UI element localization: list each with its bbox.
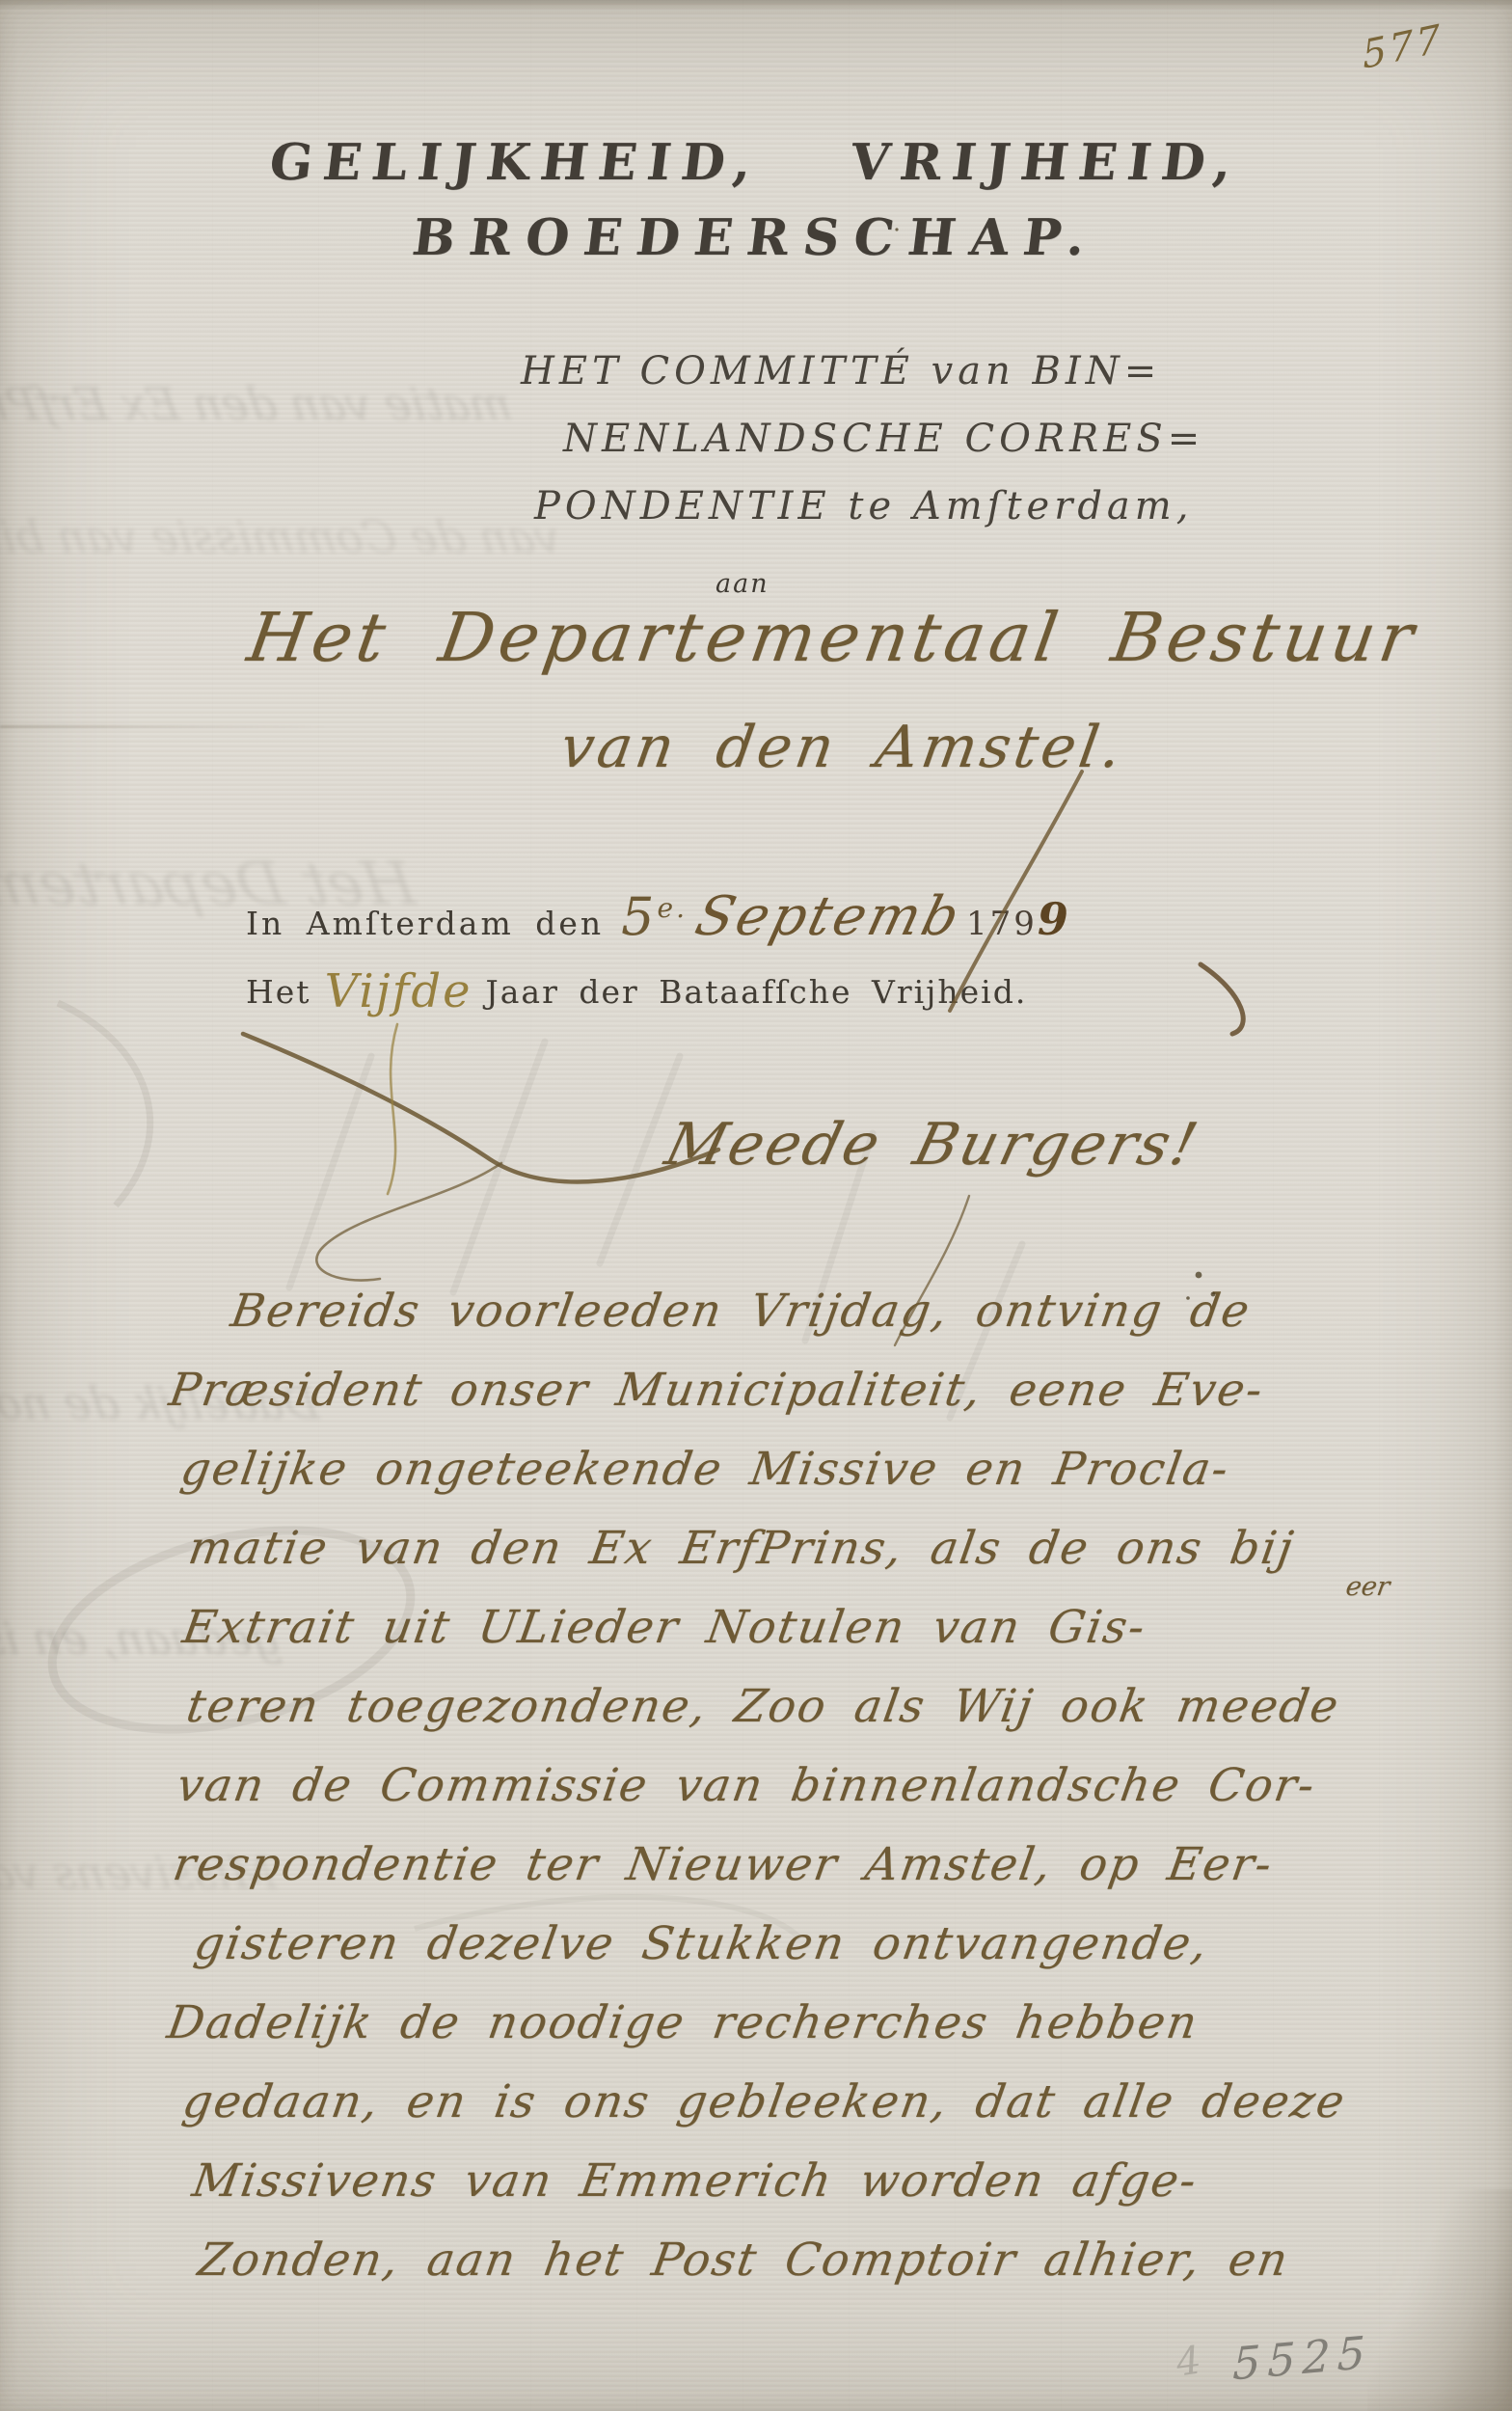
body-line: matie van den Ex ErfPrins, als de ons bi…	[160, 1522, 1512, 1601]
paper-crease	[0, 725, 328, 728]
body-line: Zonden, aan het Post Comptoir alhier, en	[160, 2234, 1512, 2313]
paraph-flourish	[243, 1034, 718, 1181]
motto-word-gelijkheid: GELIJKHEID,	[266, 133, 766, 192]
scan-edge-shadow	[0, 0, 1512, 10]
salutation: Meede Burgers!	[659, 1111, 1206, 1178]
dateline-year-written: 9	[1038, 893, 1071, 945]
letterhead-committee: HET COMMITTÉ van BIN= NENLANDSCHE CORRES…	[521, 338, 1204, 540]
era-line: HetVijfdeJaar der Bataafſche Vrijheid.	[246, 961, 1027, 1015]
year-flourish	[1201, 964, 1243, 1034]
registry-number: 5525	[1232, 2326, 1372, 2391]
interlinear-insertion: eer	[1344, 1572, 1392, 1602]
dateline-month: Septemb	[689, 885, 968, 948]
vijfde-descender	[388, 1024, 397, 1194]
body-line: Dadelijk de noodige recherches hebben	[160, 1996, 1512, 2075]
address-line-1: Het Departementaal Bestuur	[243, 598, 1424, 677]
dateline-place: In Amſterdam den	[246, 905, 604, 942]
letterhead-motto: GELIJKHEID, VRIJHEID,	[0, 133, 1512, 192]
body-line: Bereids voorleeden Vrijdag, ontving de	[160, 1285, 1512, 1364]
body-line: Missivens van Emmerich worden afge-	[160, 2154, 1512, 2234]
body-line: respondentie ter Nieuwer Amstel, op Eer-	[160, 1838, 1512, 1917]
body-line: van de Commissie van binnenlandsche Cor-	[160, 1759, 1512, 1838]
bleedthrough-text: matie van den Ex ErfPrins, als de ons bi…	[0, 378, 515, 430]
dateline-year-printed: 179	[966, 905, 1038, 943]
committee-line: NENLANDSCHE CORRES=	[563, 405, 1204, 473]
committee-line: HET COMMITTÉ van BIN=	[521, 338, 1204, 405]
motto-word-vrijheid: VRIJHEID,	[847, 133, 1245, 192]
body-line: gelijke ongeteekende Missive en Procla-	[160, 1443, 1512, 1522]
letter-body: Bereids voorleeden Vrijdag, ontving de P…	[166, 1285, 1506, 2313]
body-line: teren toegezondene, Zoo als Wij ook meed…	[160, 1680, 1512, 1759]
dateline-day: 5	[621, 886, 657, 947]
era-suffix: Jaar der Bataafſche Vrijheid.	[486, 973, 1028, 1011]
pencil-mark: 4	[1174, 2338, 1204, 2385]
body-line: Præsident onser Municipaliteit, eene Eve…	[160, 1364, 1512, 1443]
address-label: aan	[715, 569, 769, 599]
folio-number: 577	[1361, 16, 1444, 78]
body-line: gisteren dezelve Stukken ontvangende,	[160, 1917, 1512, 1996]
body-line: gedaan, en is ons gebleeken, dat alle de…	[160, 2075, 1512, 2154]
era-written-word: Vijfde	[325, 964, 472, 1018]
committee-line: PONDENTIE te Amſterdam,	[534, 473, 1204, 540]
motto-word-broederschap: BROEDERSCHAP.	[0, 208, 1512, 267]
body-line: Extrait uit ULieder Notulen van Gis-	[160, 1601, 1512, 1680]
document-page: matie van den Ex ErfPrins, als de ons bi…	[0, 0, 1512, 2411]
dateline-day-suffix: e.	[658, 892, 688, 924]
paraph-loop	[316, 1163, 501, 1281]
bleedthrough-text: van de Commissie van binnenlandsche Cor-	[0, 511, 563, 563]
era-prefix: Het	[246, 973, 311, 1011]
address-line-2: van den Amstel.	[555, 714, 1129, 781]
dateline: In Amſterdam den5e.Septemb1799	[246, 885, 1071, 948]
